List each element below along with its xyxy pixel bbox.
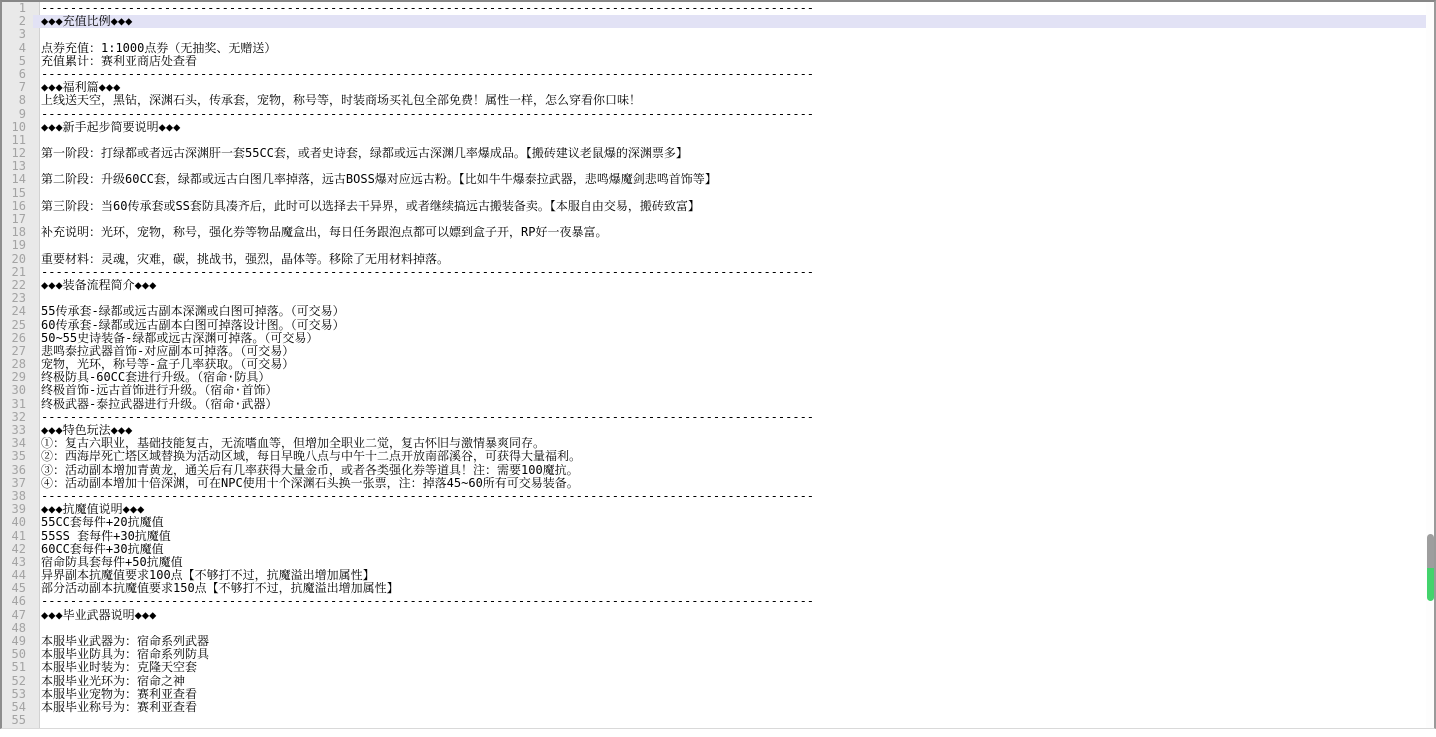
- editor-line: 4点券充值：1:1000点券（无抽奖、无赠送）: [2, 42, 1428, 55]
- line-text: [33, 28, 1428, 41]
- editor-line: 28宠物，光环，称号等-盒子几率获取。（可交易）: [2, 358, 1428, 371]
- editor-line: 18补充说明：光环，宠物，称号，强化券等物品魔盒出，每日任务跟泡点都可以嫖到盒子…: [2, 226, 1428, 239]
- line-text: ◆◆◆毕业武器说明◆◆◆: [33, 609, 1428, 622]
- line-number: 19: [2, 239, 33, 252]
- line-text: 充值累计：赛利亚商店处查看: [33, 55, 1428, 68]
- editor-line: 5充值累计：赛利亚商店处查看: [2, 55, 1428, 68]
- editor-line: 53本服毕业宠物为：赛利亚查看: [2, 688, 1428, 701]
- line-text: 本服毕业宠物为：赛利亚查看: [33, 688, 1428, 701]
- editor-line: 54本服毕业称号为：赛利亚查看: [2, 701, 1428, 714]
- line-text: [33, 187, 1428, 200]
- separator-line-text: ----------------------------------------…: [33, 411, 1428, 424]
- editor-line: 30终极首饰-远古首饰进行升级。（宿命·首饰）: [2, 384, 1428, 397]
- line-text: [33, 239, 1428, 252]
- scrollbar-track[interactable]: [1426, 2, 1434, 728]
- line-number: 52: [2, 675, 33, 688]
- line-text: 终极防具-60CC套进行升级。（宿命·防具）: [33, 371, 1428, 384]
- editor-line: 3: [2, 28, 1428, 41]
- line-number: 35: [2, 450, 33, 463]
- editor-line: 32--------------------------------------…: [2, 411, 1428, 424]
- line-text: 悲鸣泰拉武器首饰-对应副本可掉落。（可交易）: [33, 345, 1428, 358]
- line-text: 异界副本抗魔值要求100点【不够打不过，抗魔溢出增加属性】: [33, 569, 1428, 582]
- line-text: ◆◆◆新手起步简要说明◆◆◆: [33, 121, 1428, 134]
- line-text: ◆◆◆充值比例◆◆◆: [33, 15, 1428, 28]
- line-text: 本服毕业时装为：克隆天空套: [33, 661, 1428, 674]
- editor-line: 9---------------------------------------…: [2, 108, 1428, 121]
- line-text: 第一阶段：打绿都或者远古深渊肝一套55CC套，或者史诗套，绿都或远古深渊几率爆成…: [33, 147, 1428, 160]
- line-text: [33, 134, 1428, 147]
- scrollbar-thumb-bottom-segment: [1427, 568, 1434, 601]
- line-text: ◆◆◆装备流程简介◆◆◆: [33, 279, 1428, 292]
- line-text: ③：活动副本增加青黄龙，通关后有几率获得大量金币，或者各类强化券等道具！注：需要…: [33, 464, 1428, 477]
- separator-line-text: ----------------------------------------…: [33, 108, 1428, 121]
- separator-line-text: ----------------------------------------…: [33, 266, 1428, 279]
- editor-line: 8上线送天空，黑钻，深渊石头，传承套，宠物，称号等，时装商场买礼包全部免费！属性…: [2, 94, 1428, 107]
- line-text: 本服毕业武器为：宿命系列武器: [33, 635, 1428, 648]
- editor-line: 4055CC套每件+20抗魔值: [2, 516, 1428, 529]
- line-text: 第二阶段：升级60CC套，绿都或远古白图几率掉落，远古BOSS爆对应远古粉。【比…: [33, 173, 1428, 186]
- line-text: ②：西海岸死亡塔区域替换为活动区域，每日早晚八点与中午十二点开放南部溪谷，可获得…: [33, 450, 1428, 463]
- editor-line: 19: [2, 239, 1428, 252]
- editor-line: 4260CC套每件+30抗魔值: [2, 543, 1428, 556]
- editor-line: 6---------------------------------------…: [2, 68, 1428, 81]
- line-number: 53: [2, 688, 33, 701]
- editor-line: 10◆◆◆新手起步简要说明◆◆◆: [2, 121, 1428, 134]
- editor-line: 20重要材料：灵魂，灾难，碳，挑战书，强烈，晶体等。移除了无用材料掉落。: [2, 253, 1428, 266]
- separator-line-text: ----------------------------------------…: [33, 68, 1428, 81]
- editor-line: 27悲鸣泰拉武器首饰-对应副本可掉落。（可交易）: [2, 345, 1428, 358]
- line-number: 21: [2, 266, 33, 279]
- line-text: 点券充值：1:1000点券（无抽奖、无赠送）: [33, 42, 1428, 55]
- editor-line: 43宿命防具套每件+50抗魔值: [2, 556, 1428, 569]
- line-number: 10: [2, 121, 33, 134]
- editor-line: 47◆◆◆毕业武器说明◆◆◆: [2, 609, 1428, 622]
- editor-line: 44异界副本抗魔值要求100点【不够打不过，抗魔溢出增加属性】: [2, 569, 1428, 582]
- scrollbar-thumb-top-segment: [1427, 534, 1434, 568]
- line-text: 本服毕业防具为：宿命系列防具: [33, 648, 1428, 661]
- editor-line: 50本服毕业防具为：宿命系列防具: [2, 648, 1428, 661]
- line-text: 上线送天空，黑钻，深渊石头，传承套，宠物，称号等，时装商场买礼包全部免费！属性一…: [33, 94, 1428, 107]
- line-text: [33, 160, 1428, 173]
- line-number: 15: [2, 187, 33, 200]
- line-text: 宿命防具套每件+50抗魔值: [33, 556, 1428, 569]
- line-number: 36: [2, 464, 33, 477]
- line-number: 14: [2, 173, 33, 186]
- line-text: 宠物，光环，称号等-盒子几率获取。（可交易）: [33, 358, 1428, 371]
- editor-line: 2455传承套-绿都或远古副本深渊或白图可掉落。（可交易）: [2, 305, 1428, 318]
- separator-line-text: ----------------------------------------…: [33, 490, 1428, 503]
- line-number: 2: [2, 15, 33, 28]
- editor-line: 29终极防具-60CC套进行升级。（宿命·防具）: [2, 371, 1428, 384]
- line-number: 8: [2, 94, 33, 107]
- editor-line: 14第二阶段：升级60CC套，绿都或远古白图几率掉落，远古BOSS爆对应远古粉。…: [2, 173, 1428, 186]
- line-number: 37: [2, 477, 33, 490]
- editor-line: 38--------------------------------------…: [2, 490, 1428, 503]
- editor-line: 16第三阶段：当60传承套或SS套防具凑齐后，此时可以选择去干异界，或者继续搞远…: [2, 200, 1428, 213]
- editor-line: 21--------------------------------------…: [2, 266, 1428, 279]
- editor-line: 36③：活动副本增加青黄龙，通关后有几率获得大量金币，或者各类强化券等道具！注：…: [2, 464, 1428, 477]
- line-text: 本服毕业称号为：赛利亚查看: [33, 701, 1428, 714]
- editor-line: 39◆◆◆抗魔值说明◆◆◆: [2, 503, 1428, 516]
- editor-line: 13: [2, 160, 1428, 173]
- editor-line: 51本服毕业时装为：克隆天空套: [2, 661, 1428, 674]
- editor-line: 48: [2, 622, 1428, 635]
- editor-line: 2◆◆◆充值比例◆◆◆: [2, 15, 1428, 28]
- editor-line: 7◆◆◆福利篇◆◆◆: [2, 81, 1428, 94]
- editor-line: 33◆◆◆特色玩法◆◆◆: [2, 424, 1428, 437]
- line-number: 24: [2, 305, 33, 318]
- editor-line: 11: [2, 134, 1428, 147]
- line-text: [33, 714, 1428, 727]
- line-text: 本服毕业光环为：宿命之神: [33, 675, 1428, 688]
- line-text: ◆◆◆福利篇◆◆◆: [33, 81, 1428, 94]
- line-number: 42: [2, 543, 33, 556]
- line-number: 25: [2, 319, 33, 332]
- line-number: 31: [2, 398, 33, 411]
- line-text: [33, 292, 1428, 305]
- line-number: 30: [2, 384, 33, 397]
- line-text: 55CC套每件+20抗魔值: [33, 516, 1428, 529]
- line-number: 40: [2, 516, 33, 529]
- editor-line: 45部分活动副本抗魔值要求150点【不够打不过，抗魔溢出增加属性】: [2, 582, 1428, 595]
- line-number: 55: [2, 714, 33, 727]
- editor-line: 46--------------------------------------…: [2, 595, 1428, 608]
- scrollbar-thumb[interactable]: [1427, 534, 1434, 601]
- line-number: 5: [2, 55, 33, 68]
- editor-line: 35②：西海岸死亡塔区域替换为活动区域，每日早晚八点与中午十二点开放南部溪谷，可…: [2, 450, 1428, 463]
- line-text: [33, 213, 1428, 226]
- line-text: ◆◆◆抗魔值说明◆◆◆: [33, 503, 1428, 516]
- line-number: 46: [2, 595, 33, 608]
- line-text: ①：复古六职业，基础技能复古，无流嗜血等，但增加全职业二觉，复古怀旧与激情暴爽同…: [33, 437, 1428, 450]
- line-number: 51: [2, 661, 33, 674]
- line-number: 4: [2, 42, 33, 55]
- editor-line: 31终极武器-泰拉武器进行升级。（宿命·武器）: [2, 398, 1428, 411]
- editor-line: 12第一阶段：打绿都或者远古深渊肝一套55CC套，或者史诗套，绿都或远古深渊几率…: [2, 147, 1428, 160]
- line-number: 9: [2, 108, 33, 121]
- editor-lines[interactable]: 1---------------------------------------…: [2, 2, 1428, 727]
- editor-line: 55: [2, 714, 1428, 727]
- line-number: 1: [2, 2, 33, 15]
- editor-line: 23: [2, 292, 1428, 305]
- editor-line: 37④：活动副本增加十倍深渊，可在NPC使用十个深渊石头换一张票，注：掉落45~…: [2, 477, 1428, 490]
- line-text: 60传承套-绿都或远古副本白图可掉落设计图。（可交易）: [33, 319, 1428, 332]
- line-text: 55传承套-绿都或远古副本深渊或白图可掉落。（可交易）: [33, 305, 1428, 318]
- editor-line: 52本服毕业光环为：宿命之神: [2, 675, 1428, 688]
- text-editor: 1---------------------------------------…: [0, 0, 1436, 737]
- line-text: 补充说明：光环，宠物，称号，强化券等物品魔盒出，每日任务跟泡点都可以嫖到盒子开，…: [33, 226, 1428, 239]
- line-number: 47: [2, 609, 33, 622]
- editor-line: 2560传承套-绿都或远古副本白图可掉落设计图。（可交易）: [2, 319, 1428, 332]
- line-text: 55SS 套每件+30抗魔值: [33, 530, 1428, 543]
- separator-line-text: ----------------------------------------…: [33, 595, 1428, 608]
- line-text: 第三阶段：当60传承套或SS套防具凑齐后，此时可以选择去干异界，或者继续搞远古搬…: [33, 200, 1428, 213]
- line-text: ④：活动副本增加十倍深渊，可在NPC使用十个深渊石头换一张票，注：掉落45~60…: [33, 477, 1428, 490]
- line-text: 60CC套每件+30抗魔值: [33, 543, 1428, 556]
- editor-line: 17: [2, 213, 1428, 226]
- line-number: 3: [2, 28, 33, 41]
- line-text: 终极武器-泰拉武器进行升级。（宿命·武器）: [33, 398, 1428, 411]
- line-text: 50~55史诗装备-绿都或远古深渊可掉落。（可交易）: [33, 332, 1428, 345]
- line-text: 重要材料：灵魂，灾难，碳，挑战书，强烈，晶体等。移除了无用材料掉落。: [33, 253, 1428, 266]
- editor-line: 15: [2, 187, 1428, 200]
- line-text: ◆◆◆特色玩法◆◆◆: [33, 424, 1428, 437]
- line-number: 6: [2, 68, 33, 81]
- editor-line: 34①：复古六职业，基础技能复古，无流嗜血等，但增加全职业二觉，复古怀旧与激情暴…: [2, 437, 1428, 450]
- separator-line-text: ----------------------------------------…: [33, 2, 1428, 15]
- line-text: 终极首饰-远古首饰进行升级。（宿命·首饰）: [33, 384, 1428, 397]
- editor-line: 1---------------------------------------…: [2, 2, 1428, 15]
- line-text: 部分活动副本抗魔值要求150点【不够打不过，抗魔溢出增加属性】: [33, 582, 1428, 595]
- line-text: [33, 622, 1428, 635]
- editor-line: 49本服毕业武器为：宿命系列武器: [2, 635, 1428, 648]
- line-number: 20: [2, 253, 33, 266]
- editor-line: 2650~55史诗装备-绿都或远古深渊可掉落。（可交易）: [2, 332, 1428, 345]
- line-number: 7: [2, 81, 33, 94]
- line-number: 26: [2, 332, 33, 345]
- editor-line: 4155SS 套每件+30抗魔值: [2, 530, 1428, 543]
- editor-line: 22◆◆◆装备流程简介◆◆◆: [2, 279, 1428, 292]
- line-number: 41: [2, 530, 33, 543]
